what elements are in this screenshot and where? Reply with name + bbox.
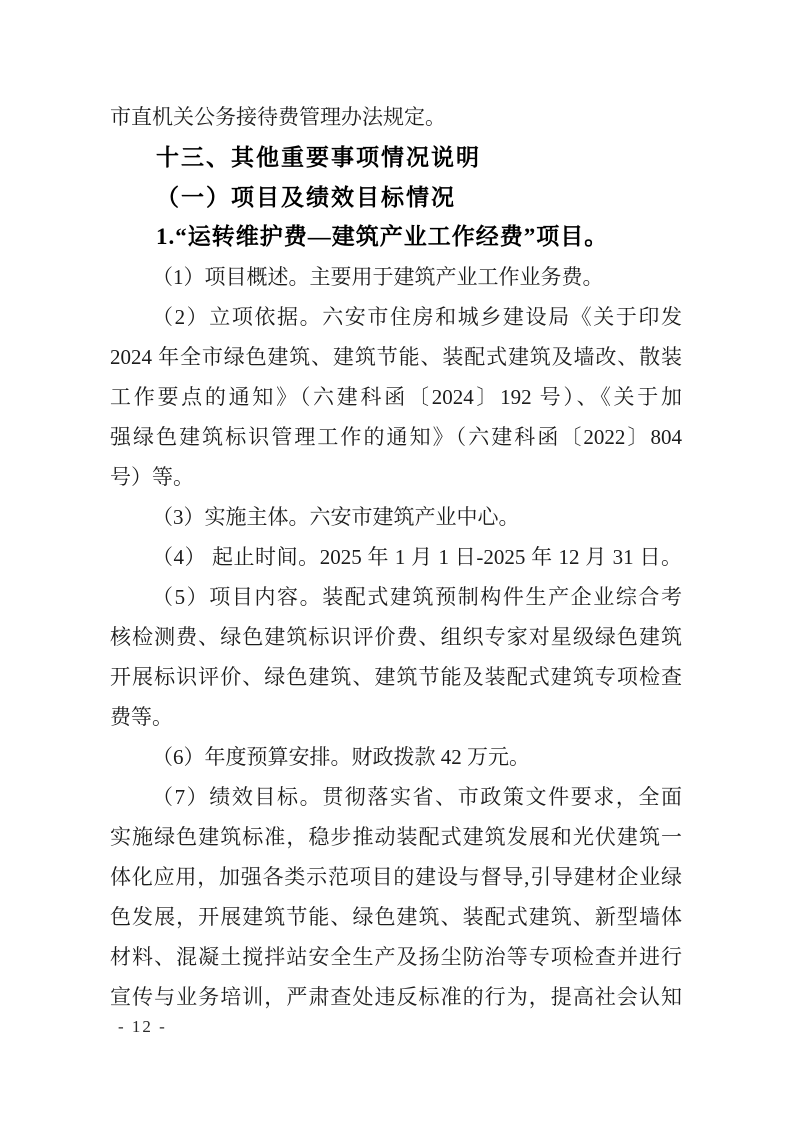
text-line: 材料、混凝土搅拌站安全生产及扬尘防治等专项检查并进行 — [110, 937, 682, 977]
text-line: 号）等。 — [110, 457, 682, 497]
text-line: 体化应用，加强各类示范项目的建设与督导,引导建材企业绿 — [110, 857, 682, 897]
subsection-heading: （一）项目及绩效目标情况 — [110, 177, 682, 217]
text-line: （5）项目内容。装配式建筑预制构件生产企业综合考 — [110, 577, 682, 617]
text-line: （3）实施主体。六安市建筑产业中心。 — [110, 497, 682, 537]
text-line: （2）立项依据。六安市住房和城乡建设局《关于印发 — [110, 297, 682, 337]
text-line: （1）项目概述。主要用于建筑产业工作业务费。 — [110, 257, 682, 297]
section-heading: 十三、其他重要事项情况说明 — [110, 137, 682, 177]
document-page: 市直机关公务接待费管理办法规定。 十三、其他重要事项情况说明 （一）项目及绩效目… — [0, 0, 793, 1122]
document-body: 市直机关公务接待费管理办法规定。 十三、其他重要事项情况说明 （一）项目及绩效目… — [110, 97, 682, 1017]
text-line: 费等。 — [110, 697, 682, 737]
text-line: （6）年度预算安排。财政拨款 42 万元。 — [110, 737, 682, 777]
text-line: 工作要点的通知》（六建科函〔2024〕192 号）、《关于加 — [110, 377, 682, 417]
text-line: 实施绿色建筑标准，稳步推动装配式建筑发展和光伏建筑一 — [110, 817, 682, 857]
text-line: 色发展，开展建筑节能、绿色建筑、装配式建筑、新型墙体 — [110, 897, 682, 937]
project-heading: 1.“运转维护费—建筑产业工作经费”项目。 — [110, 217, 682, 257]
text-line: 强绿色建筑标识管理工作的通知》（六建科函〔2022〕804 — [110, 417, 682, 457]
text-line: 宣传与业务培训，严肃查处违反标准的行为，提高社会认知 — [110, 977, 682, 1017]
text-line: （7）绩效目标。贯彻落实省、市政策文件要求，全面 — [110, 777, 682, 817]
text-line: （4） 起止时间。2025 年 1 月 1 日-2025 年 12 月 31 日… — [110, 537, 682, 577]
page-number: - 12 - — [118, 1012, 167, 1042]
text-line: 市直机关公务接待费管理办法规定。 — [110, 97, 682, 137]
text-line: 核检测费、绿色建筑标识评价费、组织专家对星级绿色建筑 — [110, 617, 682, 657]
text-line: 开展标识评价、绿色建筑、建筑节能及装配式建筑专项检查 — [110, 657, 682, 697]
text-line: 2024 年全市绿色建筑、建筑节能、装配式建筑及墙改、散装 — [110, 337, 682, 377]
